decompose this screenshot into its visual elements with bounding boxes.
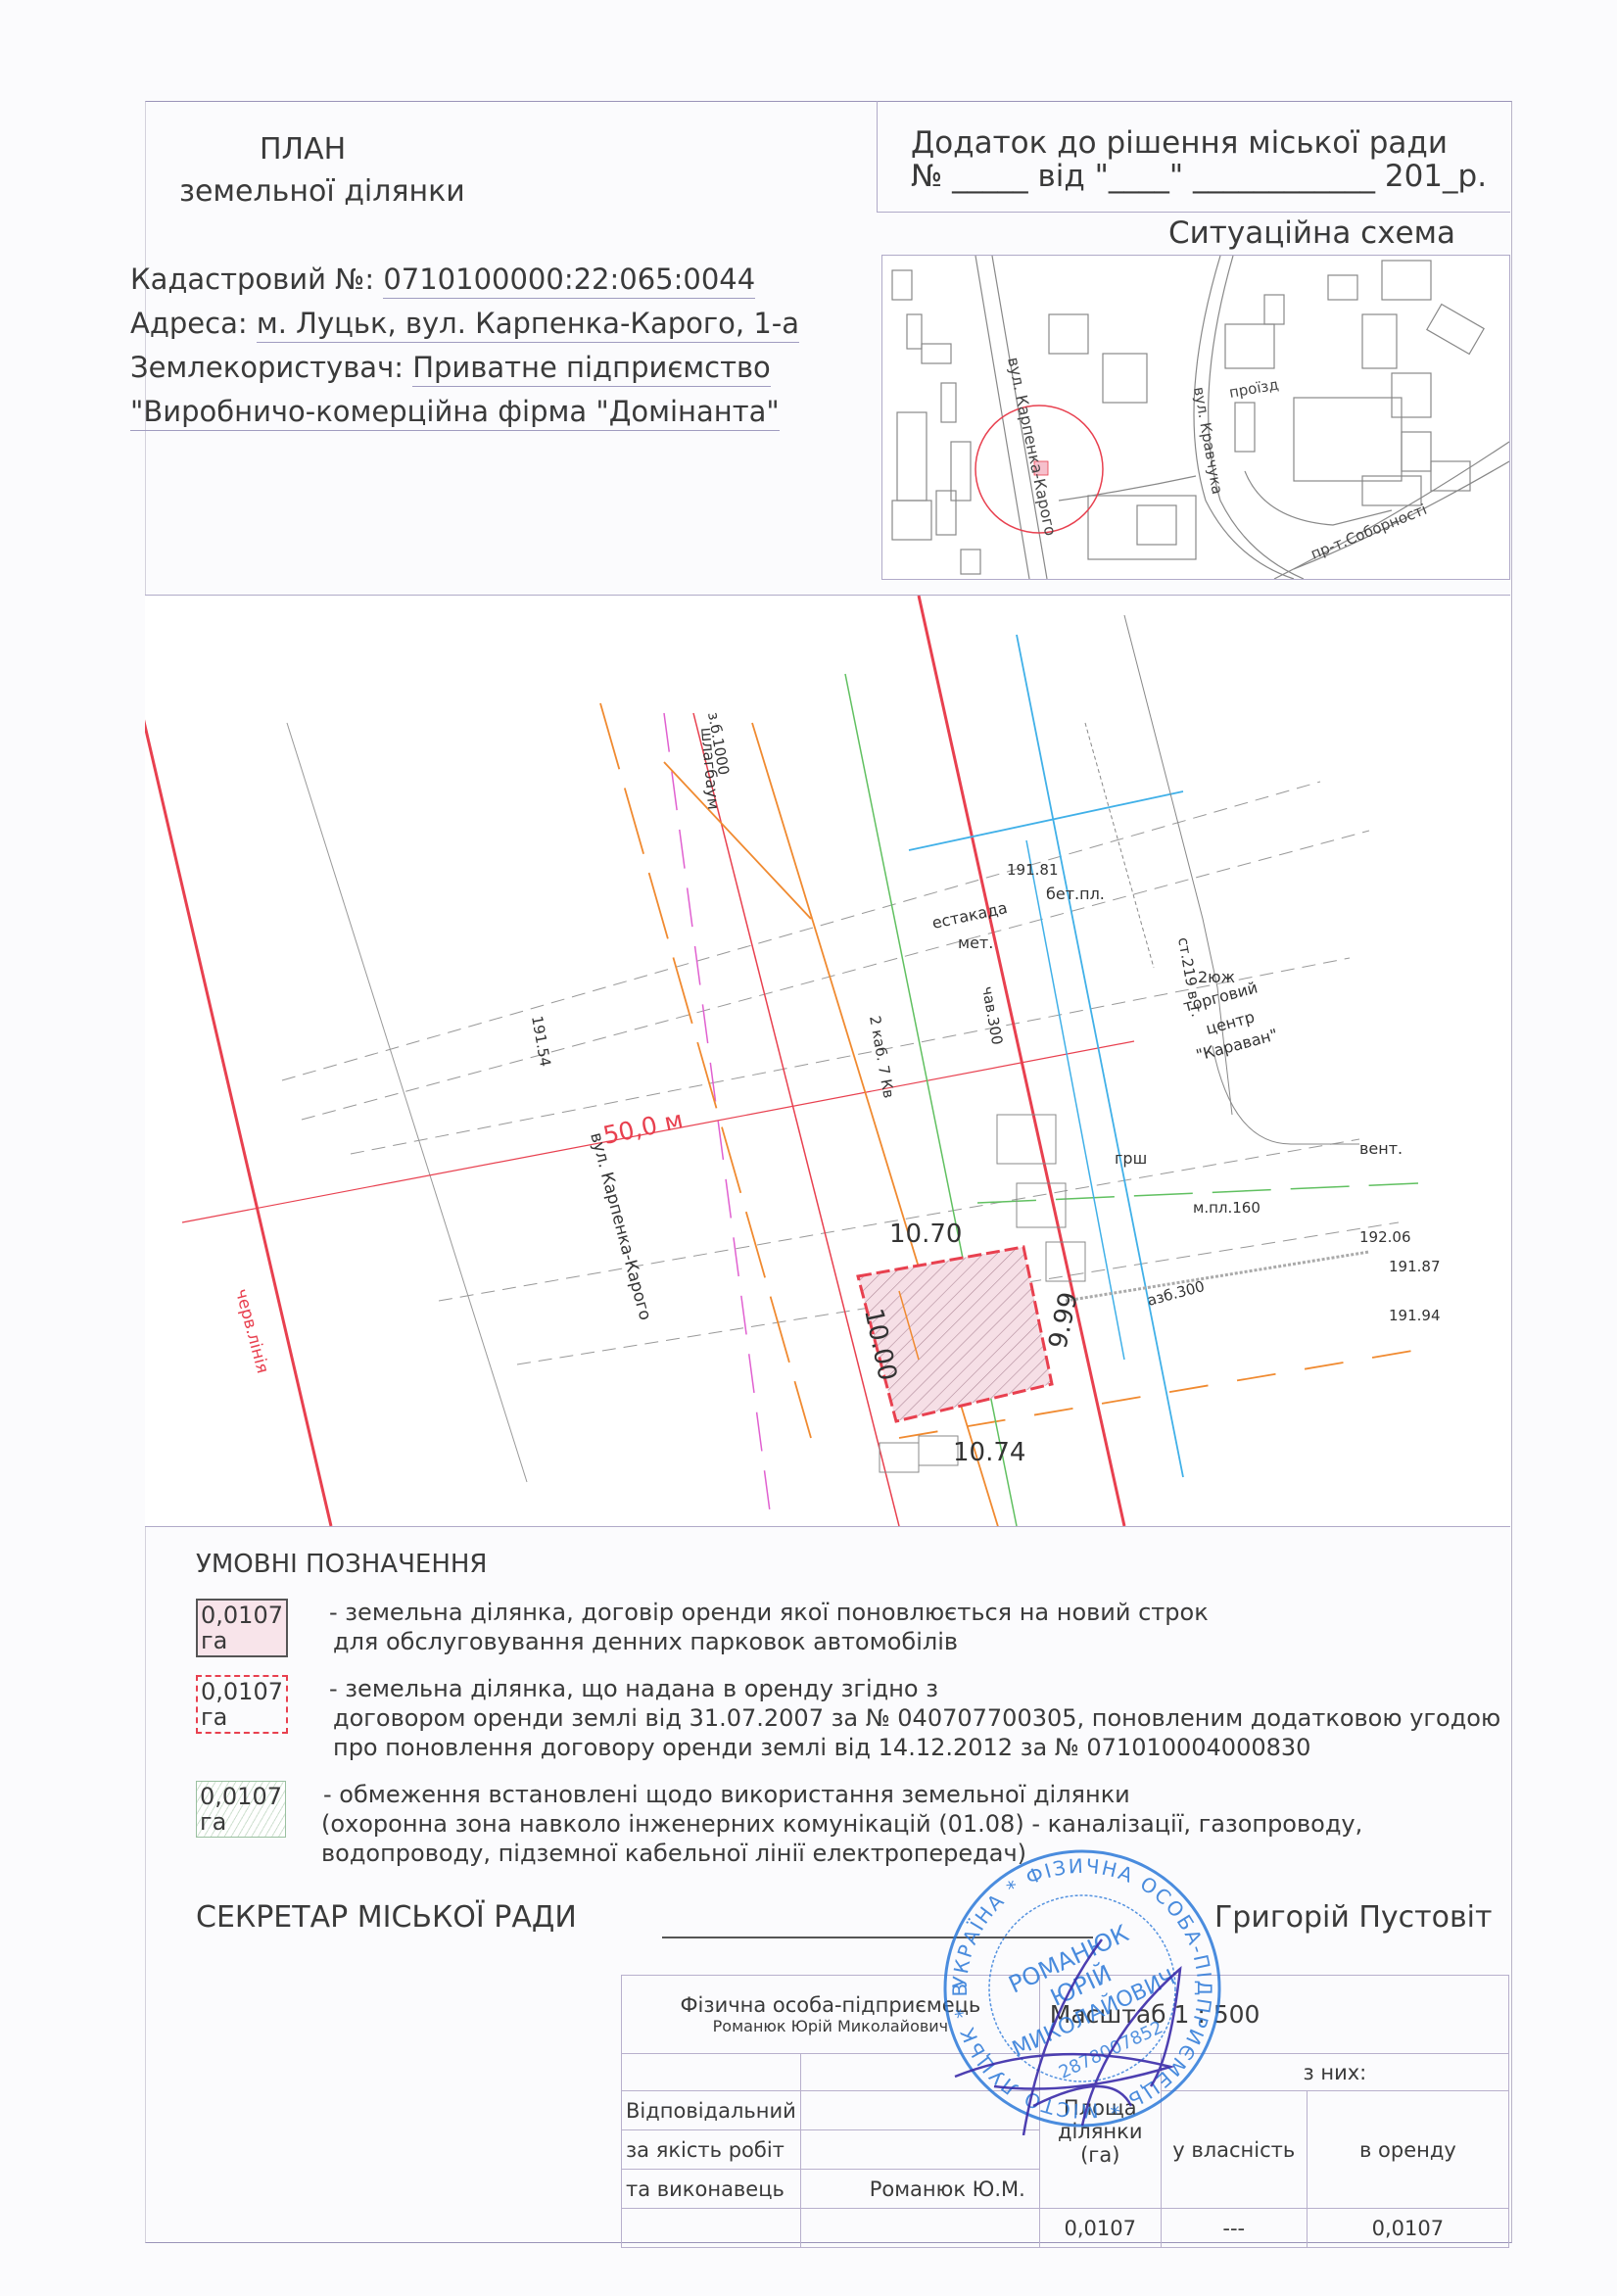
plan-subtitle: земельної ділянки xyxy=(179,174,465,209)
round-seal: УКРАЇНА * ФІЗИЧНА ОСОБА-ПІДПРИЄМЕЦЬ * МІ… xyxy=(935,1842,1229,2135)
svg-text:проїзд: проїзд xyxy=(1228,375,1280,402)
svg-text:192.06: 192.06 xyxy=(1359,1228,1411,1246)
svg-text:чав.300: чав.300 xyxy=(978,985,1006,1047)
svg-text:азб.300: азб.300 xyxy=(1145,1277,1206,1310)
addendum-number-date: № _____ від "____" ____________ 201_р. xyxy=(911,159,1487,194)
cadastral-value: 0710100000:22:065:0044 xyxy=(383,263,755,299)
seal-icon: УКРАЇНА * ФІЗИЧНА ОСОБА-ПІДПРИЄМЕЦЬ * МІ… xyxy=(935,1842,1229,2135)
main-plan-drawing: черв.лінія 50,0 м вул. Карпенка-Карого 1… xyxy=(145,595,1510,1527)
land-user-value-1: Приватне підприємство xyxy=(412,351,771,387)
svg-text:191.81: 191.81 xyxy=(1007,861,1059,879)
land-user-value-2: "Виробничо-комерційна фірма "Домінанта" xyxy=(130,395,780,431)
svg-text:10.74: 10.74 xyxy=(953,1438,1025,1467)
parcel-plan: черв.лінія 50,0 м вул. Карпенка-Карого 1… xyxy=(145,596,1510,1526)
svg-text:вент.: вент. xyxy=(1359,1139,1403,1158)
cadastral-label: Кадастровий №: xyxy=(130,263,374,296)
land-user-label: Землекористувач: xyxy=(130,351,404,384)
svg-text:естакада: естакада xyxy=(930,898,1009,933)
address-label: Адреса: xyxy=(130,307,248,340)
address-value: м. Луцьк, вул. Карпенка-Карого, 1-а xyxy=(257,307,799,343)
svg-text:м.пл.160: м.пл.160 xyxy=(1193,1199,1260,1217)
svg-text:191.54: 191.54 xyxy=(528,1015,554,1069)
svg-text:191.94: 191.94 xyxy=(1389,1307,1441,1324)
svg-text:бет.пл.: бет.пл. xyxy=(1046,885,1105,903)
plan-title: ПЛАН xyxy=(260,132,346,167)
legend-title: УМОВНІ ПОЗНАЧЕННЯ xyxy=(196,1550,488,1579)
address: Адреса: м. Луцьк, вул. Карпенка-Карого, … xyxy=(130,307,799,340)
land-user-line2: "Виробничо-комерційна фірма "Домінанта" xyxy=(130,395,780,428)
svg-text:10.70: 10.70 xyxy=(889,1220,962,1249)
legend-box-restrictions: 0,0107 га xyxy=(196,1781,286,1838)
secretary-title: СЕКРЕТАР МІСЬКОЇ РАДИ xyxy=(196,1900,577,1935)
ownership-value: --- xyxy=(1161,2209,1307,2248)
addendum-title: Додаток до рішення міської ради xyxy=(911,125,1448,161)
svg-text:2 каб. 7 Кв: 2 каб. 7 Кв xyxy=(866,1015,898,1100)
legend-box-leased: 0,0107 га xyxy=(196,1675,288,1734)
svg-text:вул. Кравчука: вул. Кравчука xyxy=(1190,386,1226,496)
cadastral-number: Кадастровий №: 0710100000:22:065:0044 xyxy=(130,263,755,296)
map-label-street: вул. Карпенка-Карого xyxy=(1004,356,1060,538)
svg-text:191.87: 191.87 xyxy=(1389,1258,1441,1275)
situation-scheme-map: вул. Карпенка-Карого вул. Кравчука проїз… xyxy=(881,255,1510,580)
svg-text:черв.лінія: черв.лінія xyxy=(231,1287,272,1376)
svg-text:вул. Карпенка-Карого: вул. Карпенка-Карого xyxy=(586,1130,654,1322)
secretary-name: Григорій Пустовіт xyxy=(1214,1900,1493,1935)
svg-text:2юж: 2юж xyxy=(1198,968,1235,986)
situation-scheme-title: Ситуаційна схема xyxy=(1168,215,1455,251)
svg-text:грш: грш xyxy=(1115,1149,1147,1168)
lease-header: в оренду xyxy=(1307,2091,1508,2209)
area-value: 0,0107 xyxy=(1039,2209,1161,2248)
lease-value: 0,0107 xyxy=(1307,2209,1508,2248)
svg-text:мет.: мет. xyxy=(958,933,993,952)
legend-box-renewed: 0,0107 га xyxy=(196,1599,288,1657)
svg-text:9.99: 9.99 xyxy=(1044,1290,1084,1352)
svg-text:пр-т.Соборності: пр-т.Соборності xyxy=(1308,501,1430,563)
executor-name: Романюк Ю.М. xyxy=(800,2170,1039,2209)
land-user: Землекористувач: Приватне підприємство xyxy=(130,351,771,384)
svg-text:50,0 м: 50,0 м xyxy=(600,1105,686,1150)
situation-map-drawing: вул. Карпенка-Карого вул. Кравчука проїз… xyxy=(882,256,1509,579)
